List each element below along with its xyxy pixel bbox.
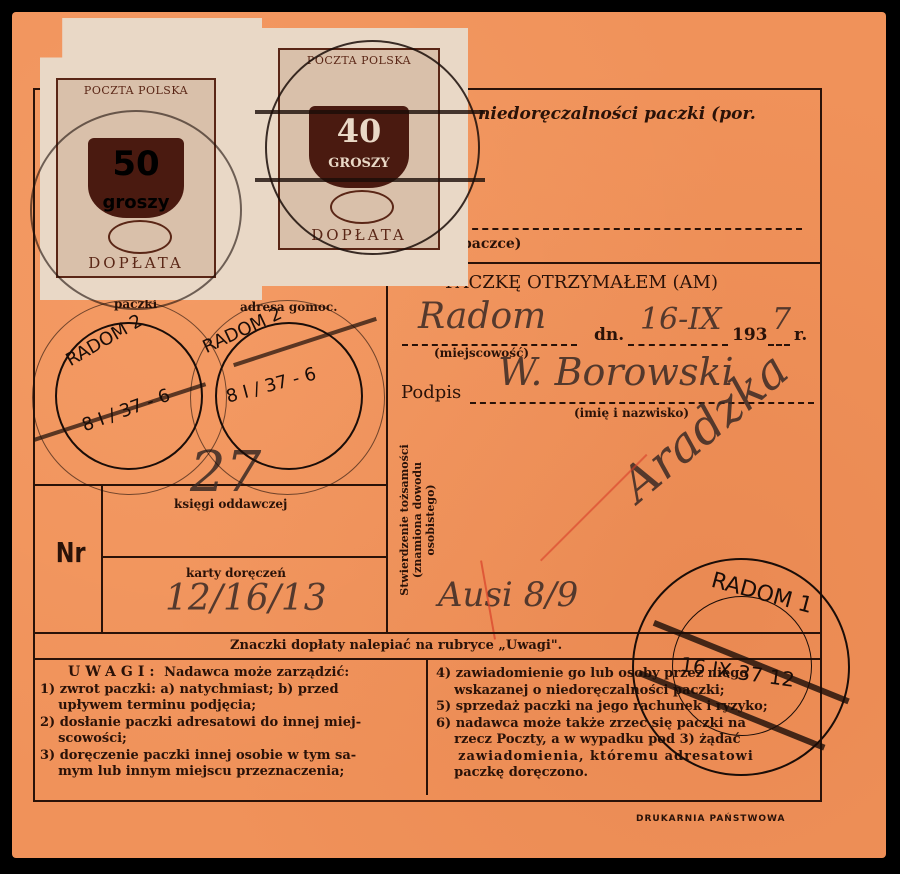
receipt-heading: PACZKĘ OTRZYMAŁEM (AM) bbox=[445, 272, 718, 293]
divider bbox=[101, 484, 103, 632]
note-line: scowości; bbox=[40, 731, 361, 748]
notes-left: UWAGI: Nadawca może zarządzić: 1) zwrot … bbox=[40, 664, 361, 781]
identity-handwriting: Ausi 8/9 bbox=[438, 575, 578, 615]
divider bbox=[426, 660, 428, 795]
divider bbox=[386, 262, 388, 632]
paczce-label: paczce) bbox=[462, 236, 521, 252]
identity-label: Stwierdzenie tożsamości (znamiona dowodu… bbox=[398, 420, 437, 620]
printer-imprint: DRUKARNIA PAŃSTWOWA bbox=[636, 814, 786, 824]
note-line: 3) doręczenie paczki innej osobie w tym … bbox=[40, 748, 361, 765]
notes-title: UWAGI: bbox=[68, 664, 160, 680]
undeliverable-text: niedoręczalności paczki (por. bbox=[478, 104, 756, 124]
date-handwriting: 16-IX bbox=[640, 302, 722, 337]
nr-label: Nr bbox=[56, 536, 86, 569]
year-line bbox=[768, 344, 790, 346]
identity-label-line: osobistego) bbox=[424, 420, 437, 620]
place-handwriting: Radom bbox=[418, 296, 546, 337]
date-line bbox=[628, 344, 728, 346]
identity-label-line: (znamiona dowodu bbox=[411, 420, 424, 620]
postmark-ring bbox=[30, 110, 242, 310]
year-suffix: r. bbox=[794, 325, 807, 345]
date-prefix: dn. bbox=[594, 325, 624, 345]
note-line: 2) dosłanie paczki adresatowi do innej m… bbox=[40, 715, 361, 732]
cancel-bar bbox=[255, 110, 485, 114]
year-handwriting: 7 bbox=[772, 302, 791, 337]
signature-handwriting: W. Borowski bbox=[498, 350, 734, 394]
dotted-line bbox=[462, 228, 802, 230]
note-line: upływem terminu podjęcia; bbox=[40, 698, 361, 715]
divider bbox=[101, 556, 387, 558]
identity-label-line: Stwierdzenie tożsamości bbox=[398, 420, 411, 620]
stamp-country: POCZTA POLSKA bbox=[58, 84, 214, 97]
notes-intro: Nadawca może zarządzić: bbox=[164, 665, 349, 680]
note-line: 1) zwrot paczki: a) natychmiast; b) prze… bbox=[40, 682, 361, 699]
signature-label: Podpis bbox=[401, 382, 461, 403]
cancel-bar bbox=[255, 178, 485, 182]
note-line: mym lub innym miejscu przeznaczenia; bbox=[40, 764, 361, 781]
notice-bar: Znaczki dopłaty nalepiać na rubryce „Uwa… bbox=[230, 638, 562, 653]
notes-heading: UWAGI: Nadawca może zarządzić: bbox=[40, 664, 361, 682]
karty-handwriting: 12/16/13 bbox=[165, 578, 327, 619]
postmark-ring bbox=[265, 40, 480, 255]
